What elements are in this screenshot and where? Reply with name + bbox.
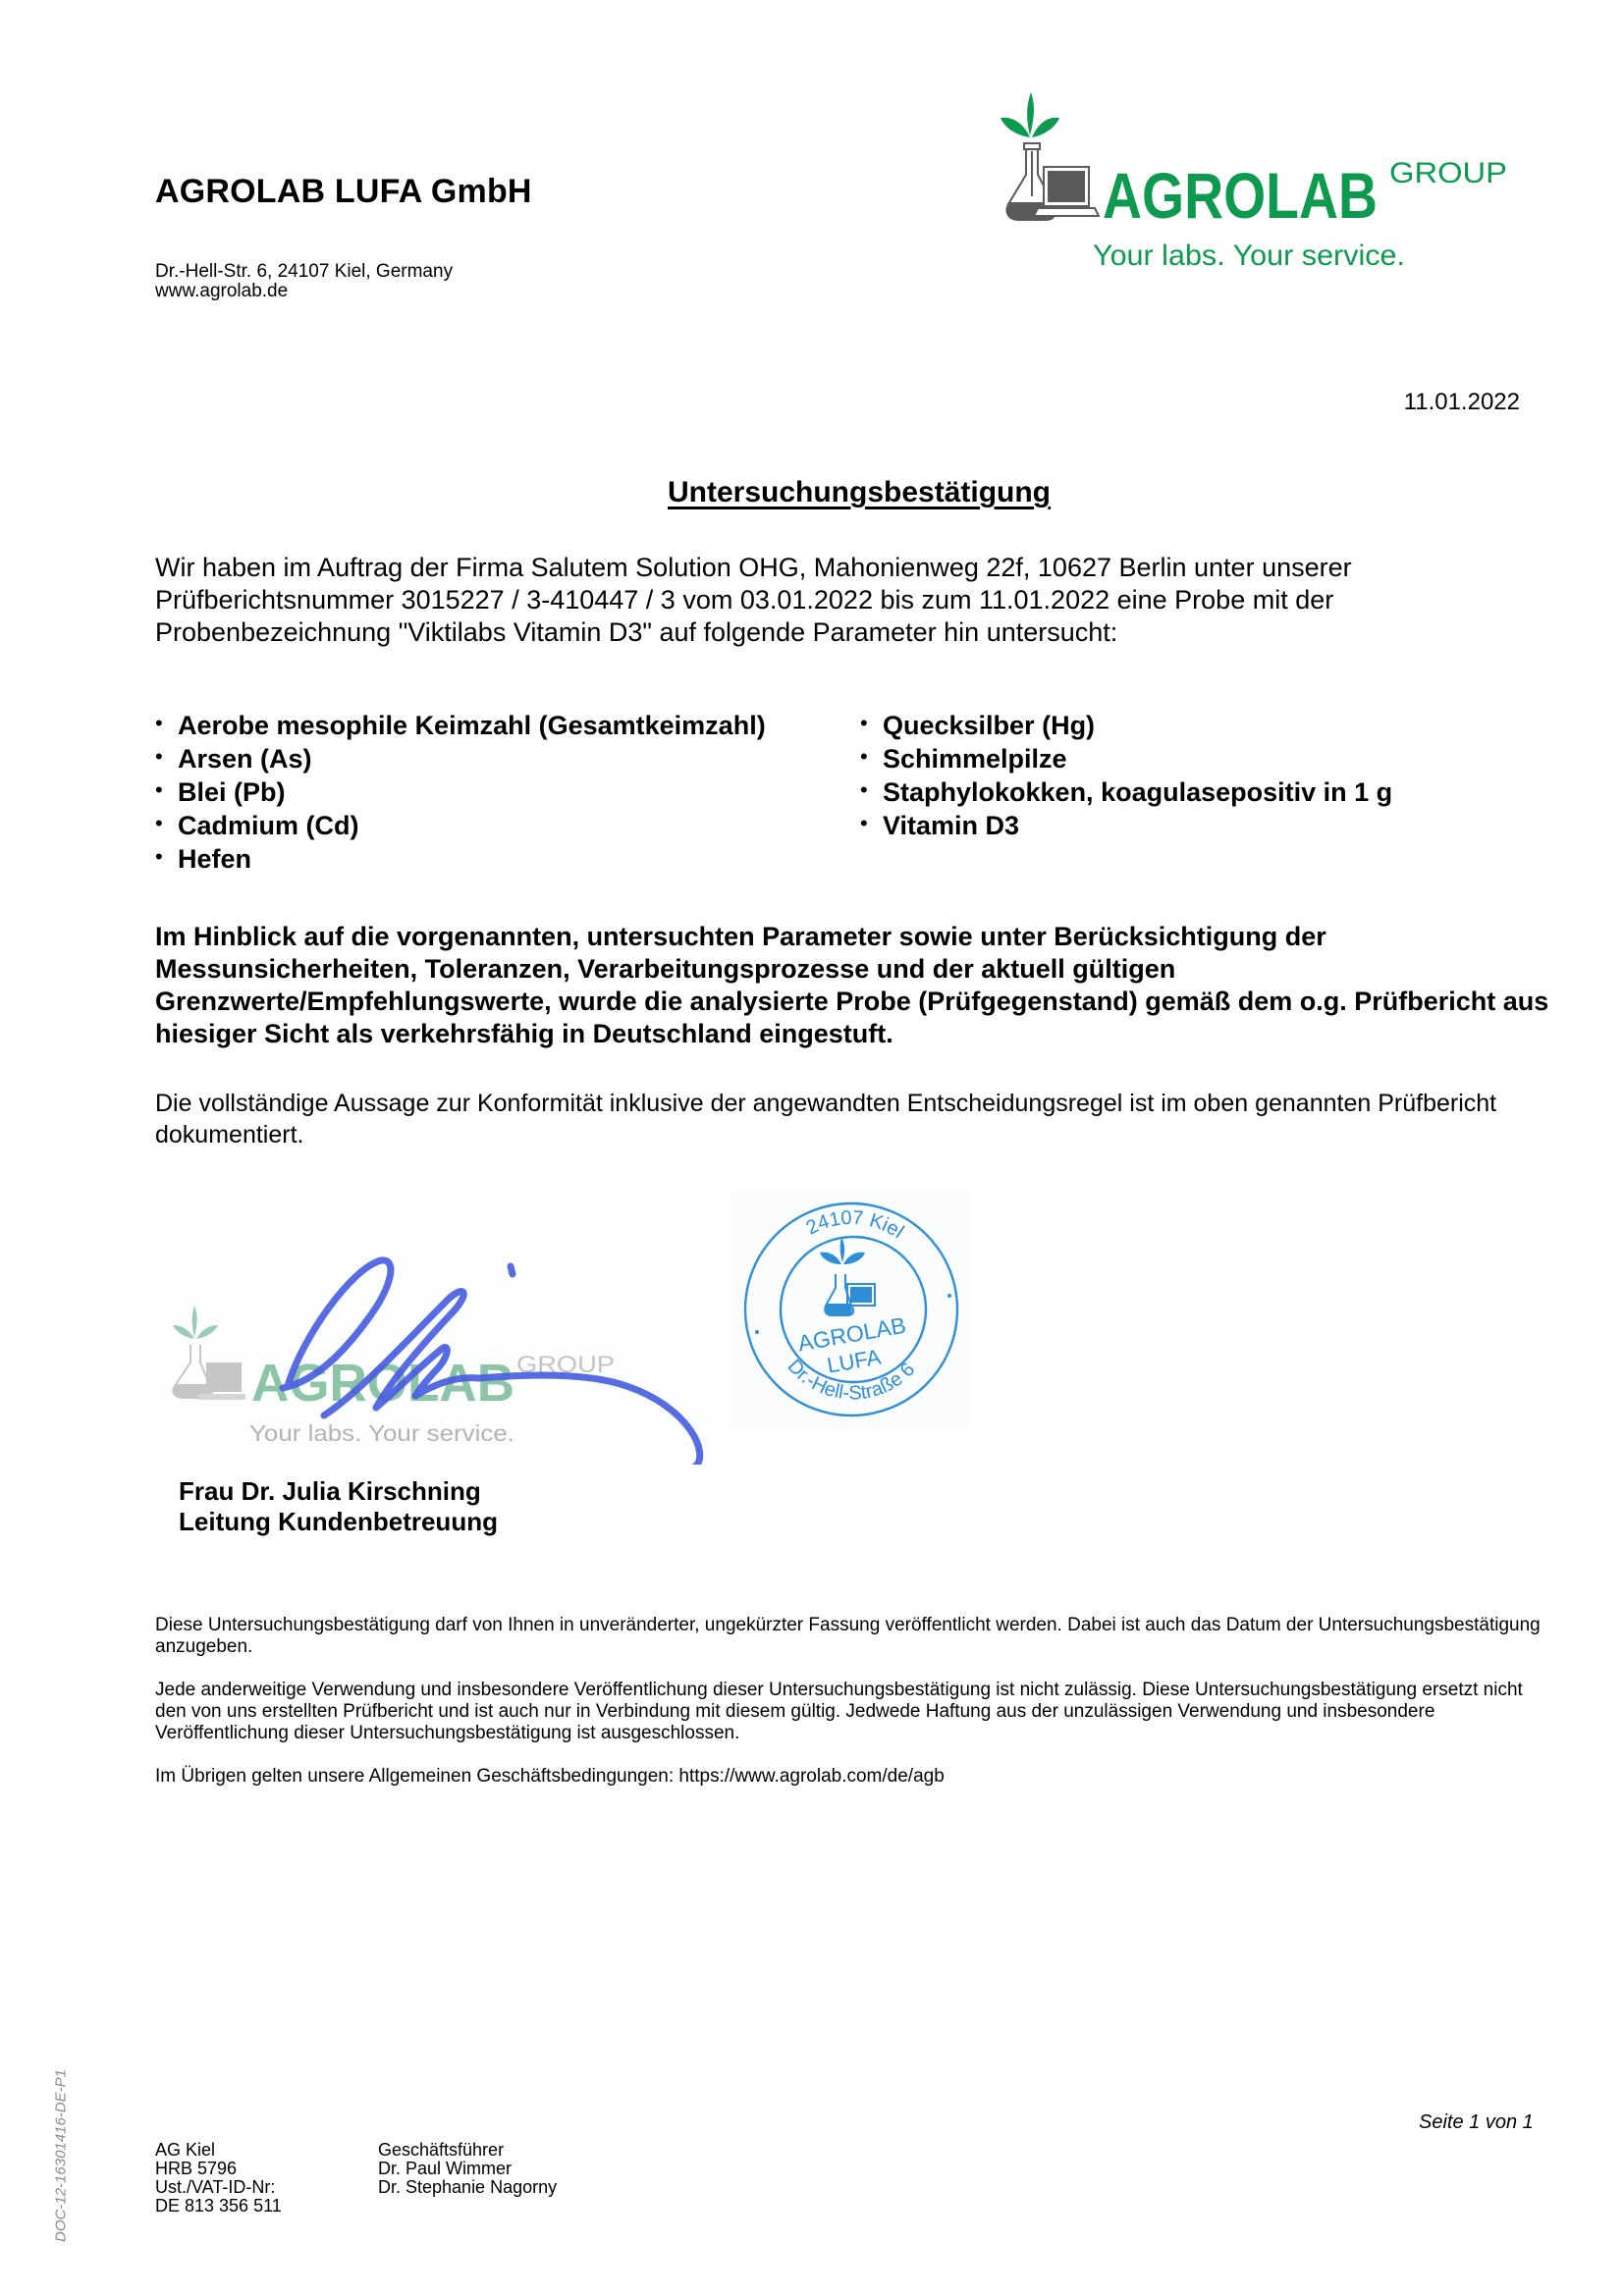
- parameter-label: Vitamin D3: [883, 811, 1019, 840]
- parameter-item: •Schimmelpilze: [860, 742, 1392, 775]
- company-address: Dr.-Hell-Str. 6, 24107 Kiel, Germany www…: [155, 262, 453, 301]
- bullet-icon: •: [155, 740, 163, 774]
- parameter-column-1: •Aerobe mesophile Keimzahl (Gesamtkeimza…: [155, 709, 766, 876]
- document-id: DOC-12-16301416-DE-P1: [51, 2069, 71, 2242]
- signature-image: AGROLAB GROUP Your labs. Your service.: [155, 1190, 725, 1465]
- intro-paragraph: Wir haben im Auftrag der Firma Salutem S…: [155, 552, 1549, 649]
- note-publication: Diese Untersuchungsbestätigung darf von …: [155, 1615, 1549, 1658]
- logo-brand: AGROLAB: [1103, 159, 1378, 232]
- parameter-label: Hefen: [178, 844, 251, 874]
- footer-registry-line: AG Kiel: [155, 2141, 282, 2160]
- bullet-icon: •: [860, 774, 868, 807]
- footer-registry-line: DE 813 356 511: [155, 2197, 282, 2216]
- parameter-label: Staphylokokken, koagulasepositiv in 1 g: [883, 777, 1392, 807]
- address-line: Dr.-Hell-Str. 6, 24107 Kiel, Germany: [155, 262, 453, 282]
- footer-management-line: Dr. Paul Wimmer: [378, 2160, 557, 2178]
- parameter-column-2: •Quecksilber (Hg)•Schimmelpilze•Staphylo…: [860, 709, 1392, 842]
- parameter-item: •Aerobe mesophile Keimzahl (Gesamtkeimza…: [155, 709, 766, 742]
- verdict-paragraph: Im Hinblick auf die vorgenannten, unters…: [155, 921, 1549, 1050]
- document-date: 11.01.2022: [1404, 389, 1520, 416]
- page-number: Seite 1 von 1: [1419, 2111, 1534, 2134]
- parameter-item: •Staphylokokken, koagulasepositiv in 1 g: [860, 775, 1392, 809]
- parameter-item: •Quecksilber (Hg): [860, 709, 1392, 742]
- bullet-icon: •: [860, 807, 868, 840]
- website-link[interactable]: www.agrolab.de: [155, 282, 453, 301]
- document-title: Untersuchungsbestätigung: [0, 476, 1623, 509]
- parameter-label: Arsen (As): [178, 744, 312, 774]
- parameter-label: Aerobe mesophile Keimzahl (Gesamtkeimzah…: [178, 711, 766, 740]
- logo-tagline: Your labs. Your service.: [1093, 240, 1405, 272]
- company-name: AGROLAB LUFA GmbH: [155, 173, 532, 211]
- logo-suffix: GROUP: [1389, 157, 1507, 189]
- note-terms: Im Übrigen gelten unsere Allgemeinen Ges…: [155, 1766, 1549, 1788]
- bullet-icon: •: [155, 807, 163, 840]
- company-stamp: 24107 Kiel Dr.-Hell-Straße 6 AGROLAB LUF…: [731, 1190, 972, 1430]
- plant-flask-laptop-icon: [1001, 92, 1099, 220]
- parameter-item: •Arsen (As): [155, 742, 766, 775]
- parameter-label: Blei (Pb): [178, 777, 286, 807]
- parameter-item: •Hefen: [155, 842, 766, 876]
- conformity-paragraph: Die vollständige Aussage zur Konformität…: [155, 1088, 1549, 1150]
- stamp-logo-icon: [820, 1237, 875, 1315]
- bullet-icon: •: [860, 707, 868, 740]
- footer-registry: AG KielHRB 5796Ust./VAT-ID-Nr:DE 813 356…: [155, 2141, 282, 2216]
- footer-management-line: Geschäftsführer: [378, 2141, 557, 2160]
- legal-notes: Diese Untersuchungsbestätigung darf von …: [155, 1615, 1549, 1809]
- footer-registry-line: Ust./VAT-ID-Nr:: [155, 2178, 282, 2197]
- bullet-icon: •: [155, 840, 163, 874]
- parameter-label: Cadmium (Cd): [178, 811, 359, 840]
- faded-logo-tagline: Your labs. Your service.: [249, 1420, 514, 1446]
- signer-name: Frau Dr. Julia Kirschning: [179, 1476, 498, 1507]
- parameter-item: •Vitamin D3: [860, 809, 1392, 842]
- parameter-item: •Blei (Pb): [155, 775, 766, 809]
- bullet-icon: •: [155, 774, 163, 807]
- footer-management: GeschäftsführerDr. Paul WimmerDr. Stepha…: [378, 2141, 557, 2197]
- footer-management-line: Dr. Stephanie Nagorny: [378, 2178, 557, 2197]
- parameter-label: Schimmelpilze: [883, 744, 1067, 774]
- signer-role: Leitung Kundenbetreuung: [179, 1507, 498, 1537]
- footer-registry-line: HRB 5796: [155, 2160, 282, 2178]
- bullet-icon: •: [860, 740, 868, 774]
- agrolab-group-logo: AGROLAB GROUP Your labs. Your service.: [987, 88, 1537, 275]
- parameter-item: •Cadmium (Cd): [155, 809, 766, 842]
- signer-block: Frau Dr. Julia Kirschning Leitung Kunden…: [179, 1476, 498, 1537]
- bullet-icon: •: [155, 707, 163, 740]
- note-restrictions: Jede anderweitige Verwendung und insbeso…: [155, 1680, 1549, 1744]
- parameter-label: Quecksilber (Hg): [883, 711, 1095, 740]
